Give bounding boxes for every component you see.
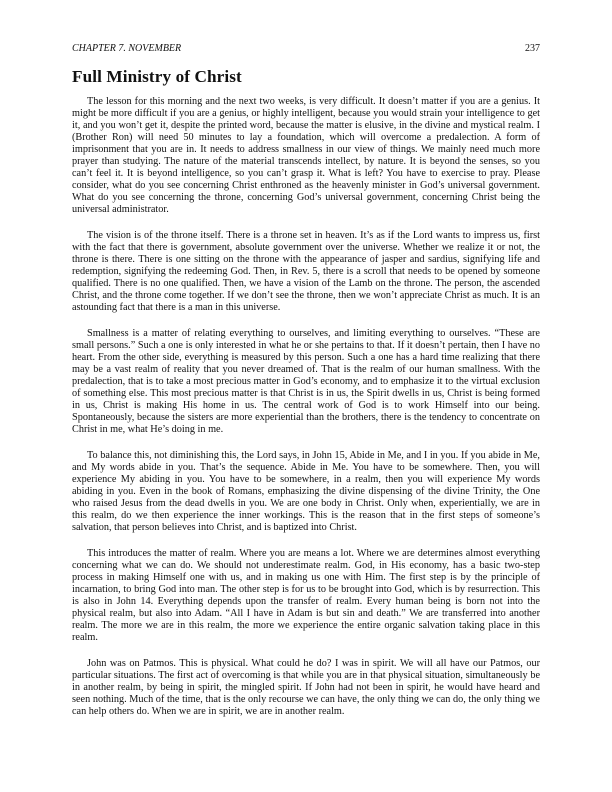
paragraph: To balance this, not diminishing this, t…	[72, 450, 540, 534]
paragraph: The lesson for this morning and the next…	[72, 96, 540, 216]
paragraph: This introduces the matter of realm. Whe…	[72, 548, 540, 644]
paragraph: John was on Patmos. This is physical. Wh…	[72, 658, 540, 718]
paragraph: Smallness is a matter of relating everyt…	[72, 328, 540, 436]
paragraph: The vision is of the throne itself. Ther…	[72, 230, 540, 314]
page-number: 237	[525, 42, 540, 56]
document-page: CHAPTER 7. NOVEMBER 237 Full Ministry of…	[72, 42, 540, 732]
running-header: CHAPTER 7. NOVEMBER 237	[72, 42, 540, 56]
body-text: The lesson for this morning and the next…	[72, 96, 540, 718]
section-title: Full Ministry of Christ	[72, 66, 540, 88]
chapter-heading: CHAPTER 7. NOVEMBER	[72, 42, 181, 56]
